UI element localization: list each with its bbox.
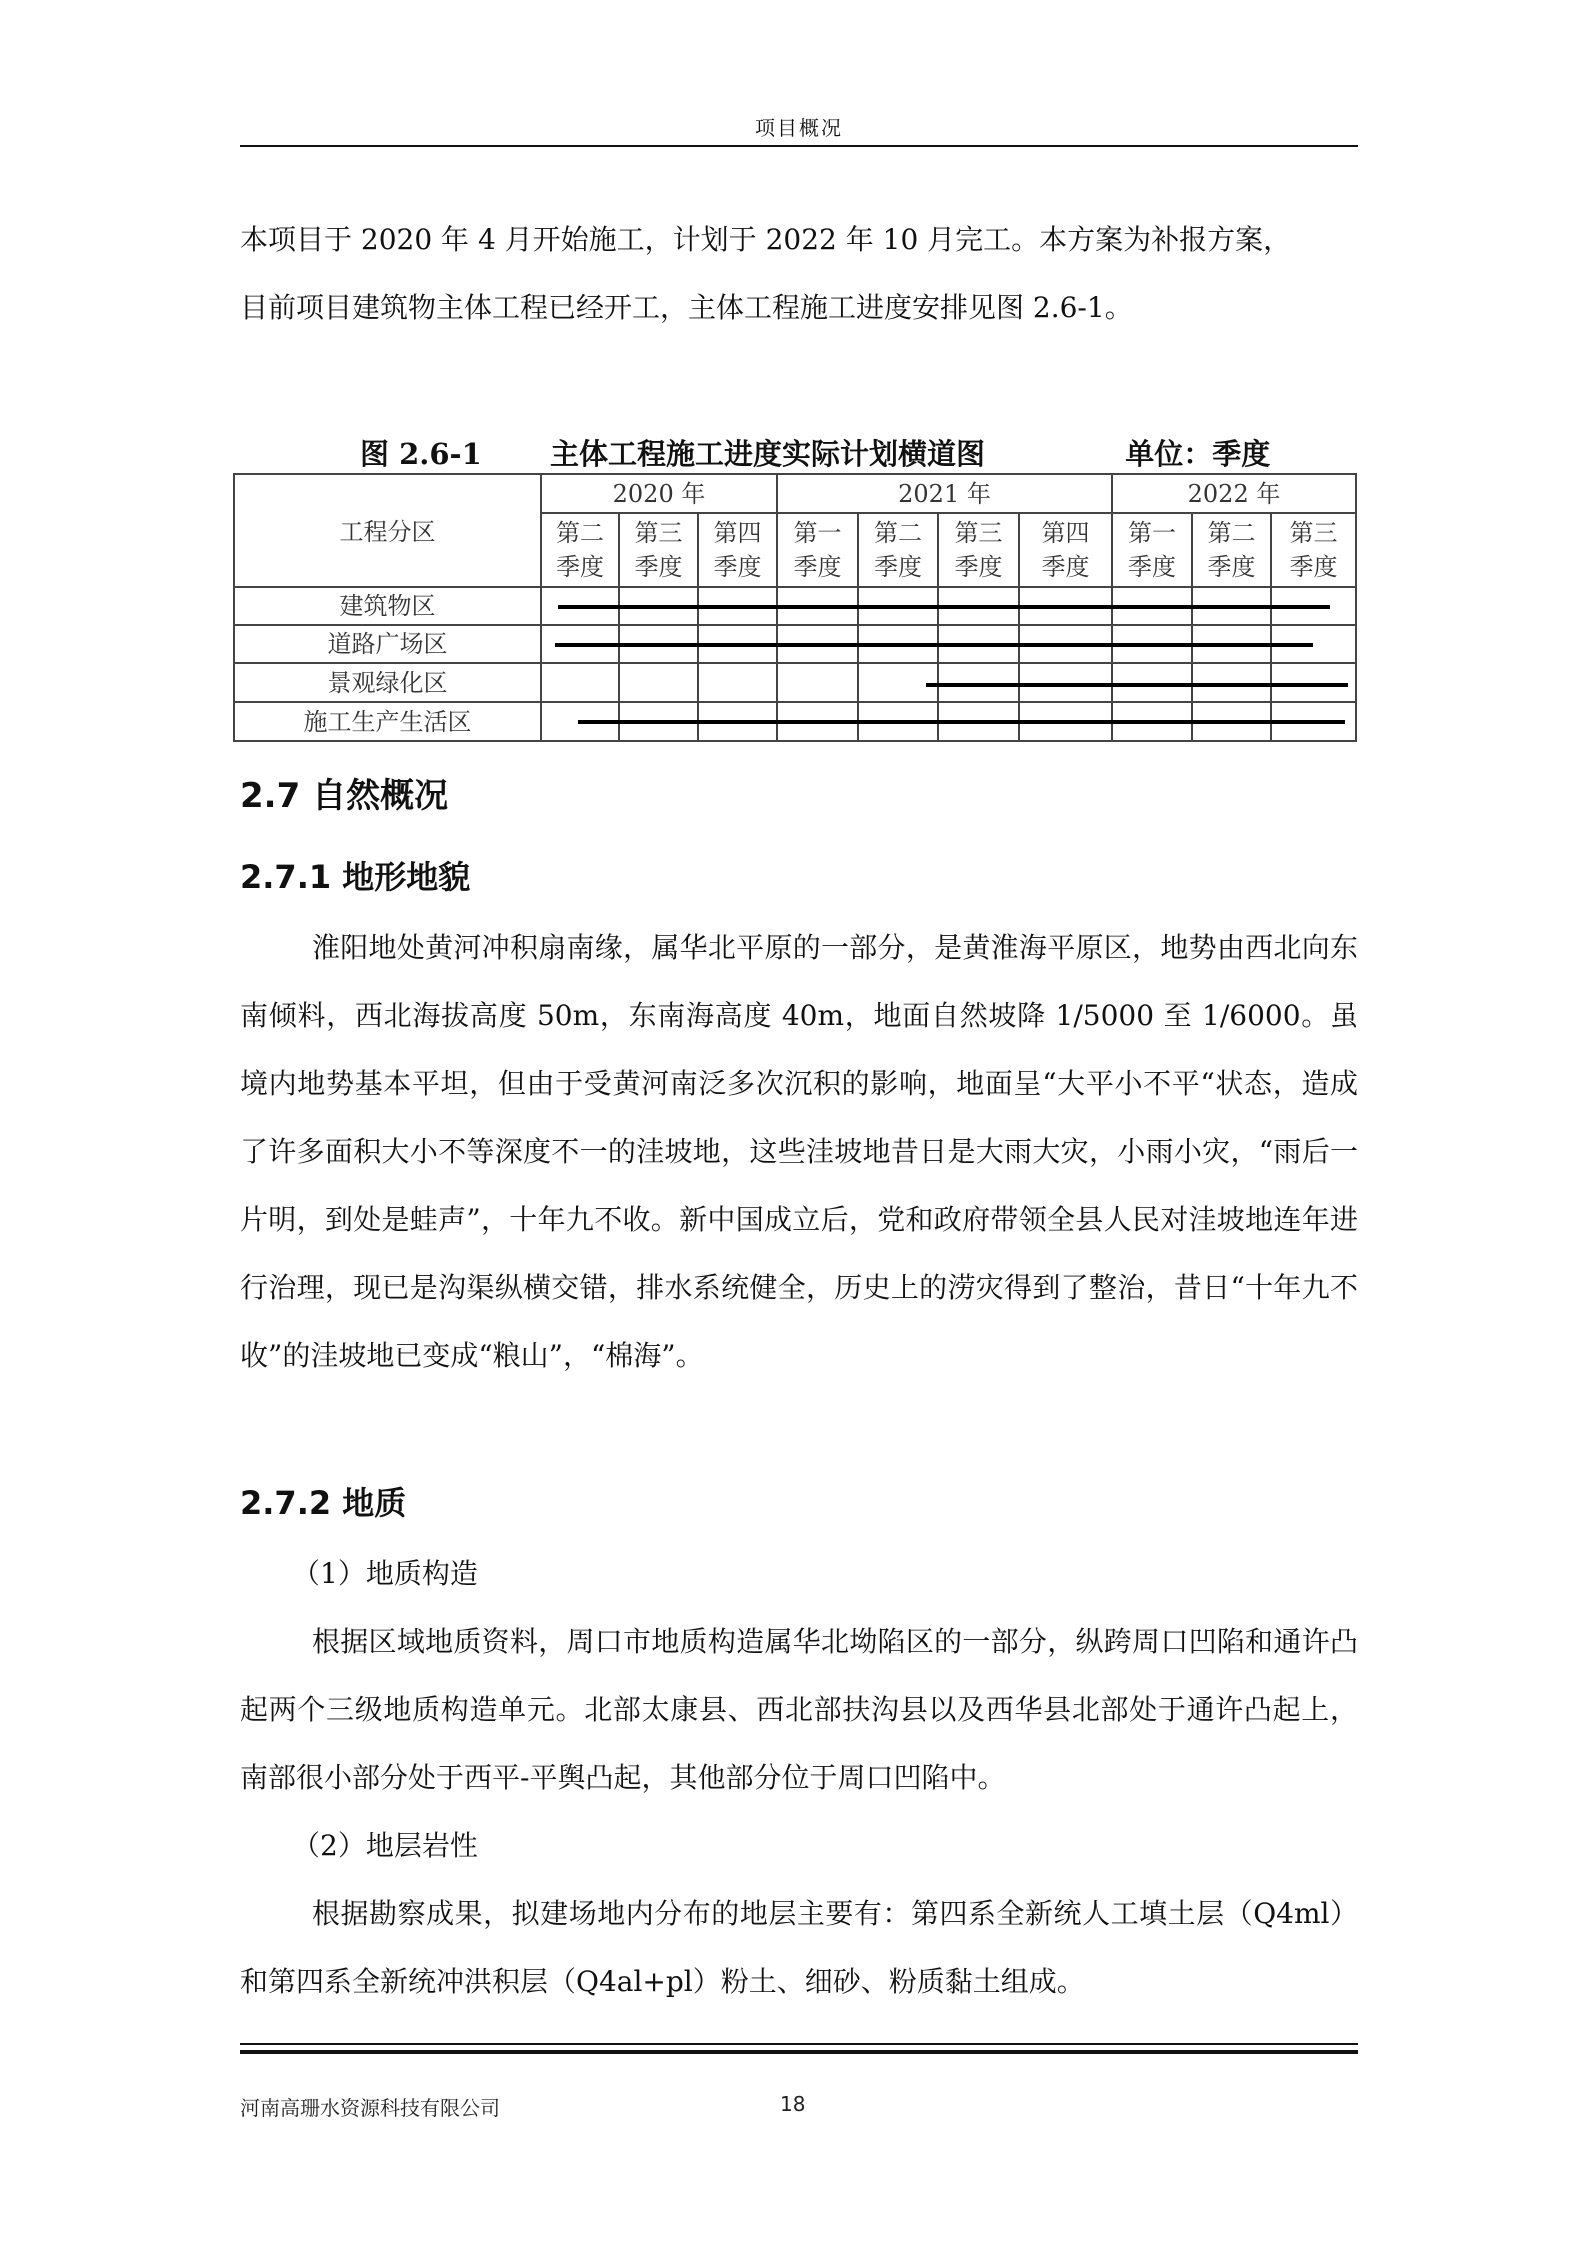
year-2022: 2022 年 [1112, 474, 1356, 513]
quarter-header: 第四季度 [1019, 513, 1112, 587]
intro-line-1: 本项目于 2020 年 4 月开始施工，计划于 2022 年 10 月完工。本方… [240, 206, 1358, 274]
terrain-paragraph: 淮阳地处黄河冲积扇南缘，属华北平原的一部分，是黄淮海平原区，地势由西北向东南倾料… [240, 914, 1358, 1390]
header-rule [240, 145, 1358, 147]
quarter-header: 第三季度 [619, 513, 698, 587]
quarter-header: 第二季度 [541, 513, 619, 587]
quarter-header: 第二季度 [1192, 513, 1271, 587]
section-heading-2-7-2: 2.7.2 地质 [240, 1478, 406, 1524]
section-heading-2-7: 2.7 自然概况 [240, 768, 448, 817]
intro-paragraph: 本项目于 2020 年 4 月开始施工，计划于 2022 年 10 月完工。本方… [240, 206, 1358, 342]
subsection-title-structure: （1）地质构造 [240, 1540, 1358, 1608]
quarter-header: 第一季度 [777, 513, 858, 587]
quarter-header: 第一季度 [1112, 513, 1192, 587]
section-heading-2-7-1: 2.7.1 地形地貌 [240, 852, 470, 898]
quarter-header: 第三季度 [938, 513, 1019, 587]
zone-name: 建筑物区 [234, 587, 541, 625]
quarter-header: 第二季度 [858, 513, 938, 587]
zone-name: 施工生产生活区 [234, 702, 541, 741]
strata-paragraph: 根据勘察成果，拟建场地内分布的地层主要有：第四系全新统人工填土层（Q4ml）和第… [240, 1880, 1358, 2016]
running-header: 项目概况 [240, 112, 1358, 141]
table-row: 道路广场区 [234, 625, 1356, 663]
row-header-cell: 工程分区 [234, 474, 541, 587]
figure-caption: 图 2.6-1 主体工程施工进度实际计划横道图 单位：季度 [360, 432, 1360, 473]
quarter-header: 第四季度 [698, 513, 777, 587]
figure-title: 主体工程施工进度实际计划横道图 [550, 432, 985, 473]
table-row: 建筑物区 [234, 587, 1356, 625]
table-row: 景观绿化区 [234, 663, 1356, 702]
footer-rule-thick [240, 2050, 1358, 2054]
gantt-table: 工程分区 2020 年 2021 年 2022 年 第二季度 第三季度 第四季度… [233, 473, 1357, 742]
year-2020: 2020 年 [541, 474, 777, 513]
intro-line-2: 目前项目建筑物主体工程已经开工，主体工程施工进度安排见图 2.6-1。 [240, 274, 1358, 342]
structure-paragraph: 根据区域地质资料，周口市地质构造属华北坳陷区的一部分，纵跨周口凹陷和通许凸起两个… [240, 1608, 1358, 1812]
quarter-header: 第三季度 [1271, 513, 1356, 587]
geology-block: （1）地质构造 根据区域地质资料，周口市地质构造属华北坳陷区的一部分，纵跨周口凹… [240, 1540, 1358, 2016]
zone-name: 道路广场区 [234, 625, 541, 663]
footer-company: 河南高珊水资源科技有限公司 [240, 2092, 500, 2121]
subsection-title-strata: （2）地层岩性 [240, 1812, 1358, 1880]
table-row: 施工生产生活区 [234, 702, 1356, 741]
year-2021: 2021 年 [777, 474, 1112, 513]
footer-rule [240, 2043, 1358, 2045]
zone-name: 景观绿化区 [234, 663, 541, 702]
figure-number: 图 2.6-1 [360, 432, 482, 473]
page-number: 18 [780, 2092, 805, 2116]
figure-unit: 单位：季度 [1125, 432, 1270, 473]
